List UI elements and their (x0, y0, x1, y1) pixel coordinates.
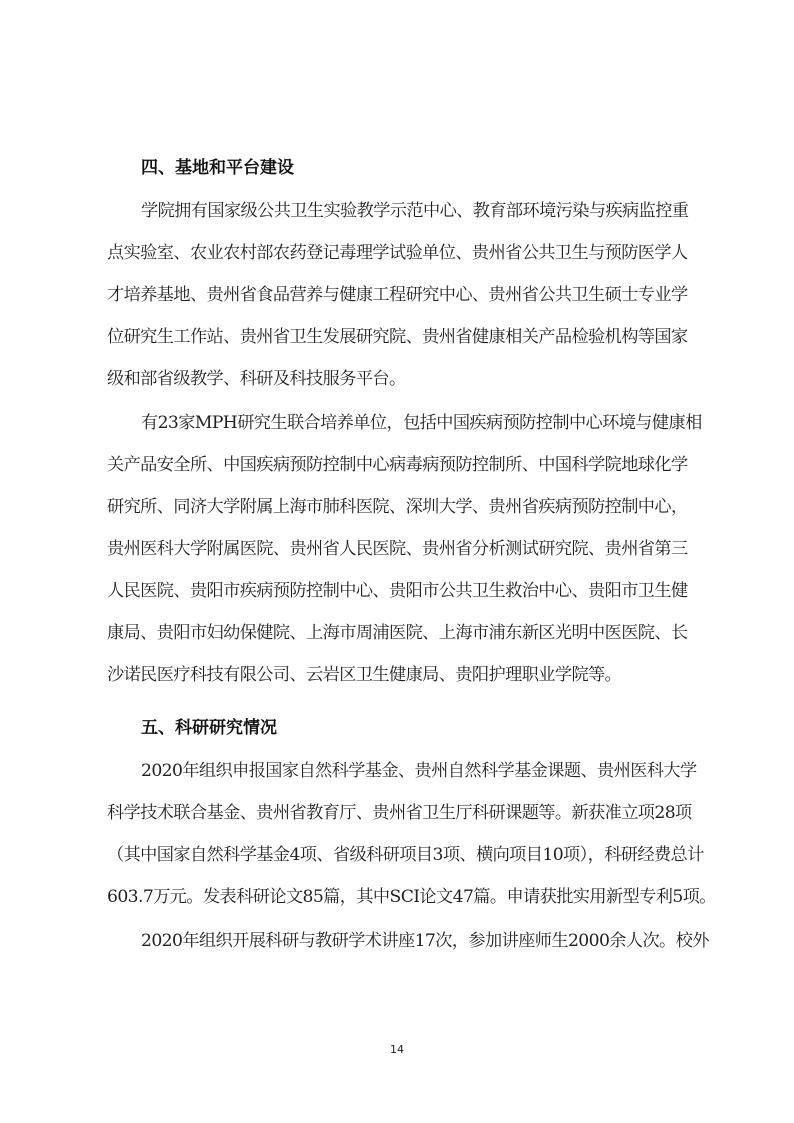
paragraph-line: 位研究生工作站、贵州省卫生发展研究院、贵州省健康相关产品检验机构等国家 (107, 327, 692, 347)
paragraph-line: 研究所、同济大学附属上海市肺科医院、深圳大学、贵州省疾病预防控制中心， (107, 497, 692, 517)
paragraph-line: 关产品安全所、中国疾病预防控制中心病毒病预防控制所、中国科学院地球化学 (107, 455, 692, 475)
section-heading-base-platform: 四、基地和平台建设 (141, 153, 294, 178)
paragraph-line: 科学技术联合基金、贵州省教育厅、贵州省卫生厅科研课题等。新获准立项28项 (107, 803, 692, 823)
paragraph-line: 人民医院、贵阳市疾病预防控制中心、贵阳市公共卫生救治中心、贵阳市卫生健 (107, 581, 692, 601)
paragraph-line: 学院拥有国家级公共卫生实验教学示范中心、教育部环境污染与疾病监控重 (141, 201, 692, 221)
paragraph-line: 沙诺民医疗科技有限公司、云岩区卫生健康局、贵阳护理职业学院等。 (107, 665, 692, 685)
paragraph-line: 2020年组织申报国家自然科学基金、贵州自然科学基金课题、贵州医科大学 (141, 761, 692, 781)
paragraph-line: 603.7万元。发表科研论文85篇，其中SCI论文47篇。申请获批实用新型专利5… (107, 887, 692, 907)
paragraph-line: 2020年组织开展科研与教研学术讲座17次，参加讲座师生2000余人次。校外 (141, 931, 692, 951)
section-heading-research: 五、科研研究情况 (141, 713, 277, 738)
paragraph-line: 级和部省级教学、科研及科技服务平台。 (107, 369, 692, 389)
paragraph-line: 点实验室、农业农村部农药登记毒理学试验单位、贵州省公共卫生与预防医学人 (107, 243, 692, 263)
paragraph-line: 有23家MPH研究生联合培养单位，包括中国疾病预防控制中心环境与健康相 (141, 413, 692, 433)
paragraph-line: （其中国家自然科学基金4项、省级科研项目3项、横向项目10项），科研经费总计 (107, 845, 692, 865)
document-page: 四、基地和平台建设 学院拥有国家级公共卫生实验教学示范中心、教育部环境污染与疾病… (0, 0, 794, 1123)
paragraph-line: 贵州医科大学附属医院、贵州省人民医院、贵州省分析测试研究院、贵州省第三 (107, 539, 692, 559)
page-number: 14 (0, 1043, 794, 1056)
paragraph-line: 康局、贵阳市妇幼保健院、上海市周浦医院、上海市浦东新区光明中医医院、长 (107, 623, 692, 643)
paragraph-line: 才培养基地、贵州省食品营养与健康工程研究中心、贵州省公共卫生硕士专业学 (107, 285, 692, 305)
